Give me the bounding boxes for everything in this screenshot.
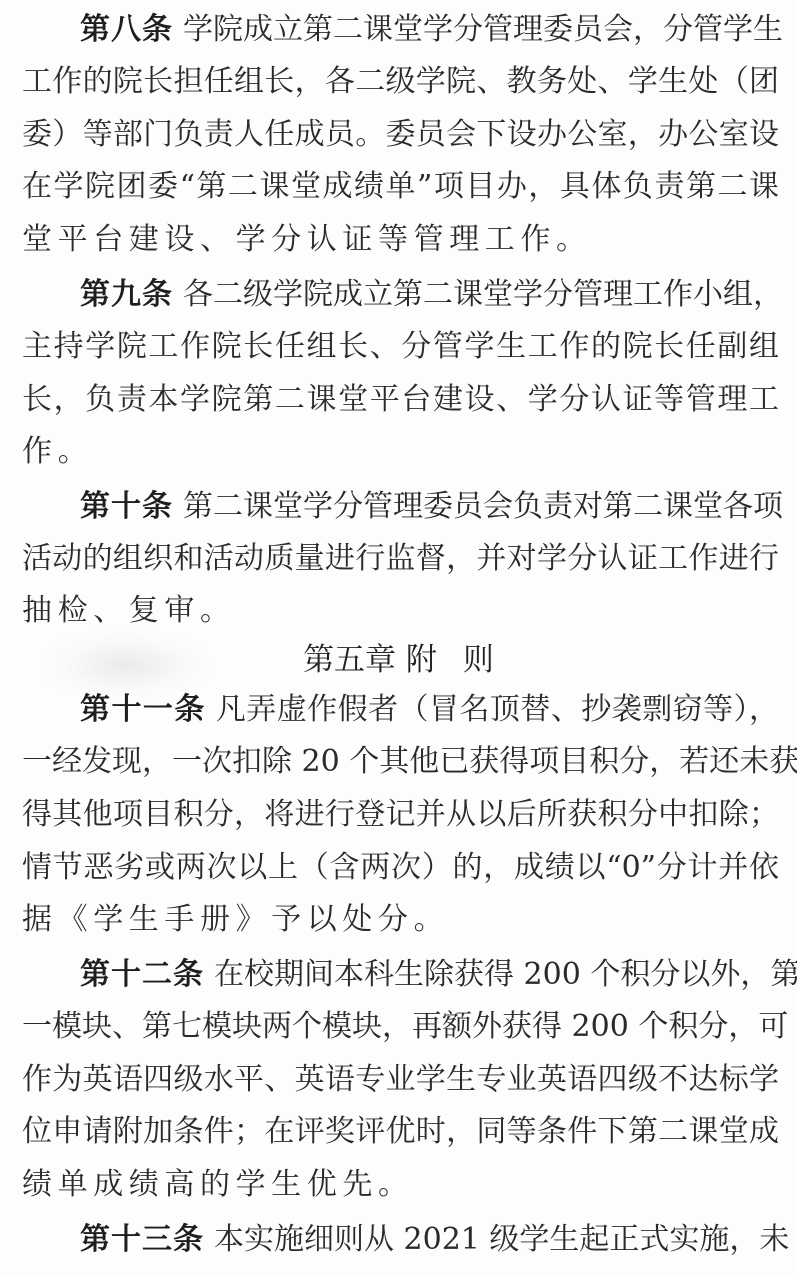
chapter-heading: 第五章 附则 [0,638,797,682]
article-12-line-4: 位申请附加条件；在评奖评优时，同等条件下第二课堂成 [22,1110,779,1154]
article-12-text: 在校期间本科生除获得 200 个积分以外，第 [214,957,797,992]
article-11-text: 凡弄虚作假者（冒名顶替、抄袭剽窃等）， [216,692,779,727]
chapter-title-part-1: 附 [406,642,437,678]
article-11-line-1: 第十一条凡弄虚作假者（冒名顶替、抄袭剽窃等）， [80,688,779,732]
article-8-line-5: 堂平台建设、学分认证等管理工作。 [22,218,779,262]
article-8-line-1: 第八条学院成立第二课堂学分管理委员会，分管学生 [80,8,779,52]
article-9-title: 第九条 [80,277,173,312]
article-8-line-2: 工作的院长担任组长，各二级学院、教务处、学生处（团 [22,60,779,104]
chapter-title-part-2: 则 [463,642,494,678]
article-10-text: 第二课堂学分管理委员会负责对第二课堂各项 [183,489,783,524]
article-13-line-1: 第十三条本实施细则从 2021 级学生起正式实施，未 [80,1218,779,1262]
document-page: 第八条学院成立第二课堂学分管理委员会，分管学生 工作的院长担任组长，各二级学院、… [0,0,797,1276]
article-11-line-3: 得其他项目积分，将进行登记并从以后所获积分中扣除； [22,793,779,837]
article-11-line-4: 情节恶劣或两次以上（含两次）的，成绩以“0”分计并依 [22,846,779,890]
article-8-text: 学院成立第二课堂学分管理委员会，分管学生 [183,12,783,47]
article-11-title: 第十一条 [80,692,206,727]
article-11-line-2: 一经发现，一次扣除 20 个其他已获得项目积分，若还未获 [22,740,779,784]
article-9-line-3: 长，负责本学院第二课堂平台建设、学分认证等管理工 [22,378,779,422]
article-10-title: 第十条 [80,489,173,524]
article-12-line-3: 作为英语四级水平、英语专业学生专业英语四级不达标学 [22,1058,779,1102]
article-11-line-5: 据《学生手册》予以处分。 [22,898,779,942]
article-9-text: 各二级学院成立第二课堂学分管理工作小组， [183,277,783,312]
article-12-line-5: 绩单成绩高的学生优先。 [22,1163,779,1207]
article-9-line-1: 第九条各二级学院成立第二课堂学分管理工作小组， [80,273,779,317]
article-12-title: 第十二条 [80,957,204,992]
article-8-line-4: 在学院团委“第二课堂成绩单”项目办，具体负责第二课 [22,165,779,209]
article-13-title: 第十三条 [80,1222,204,1257]
article-10-line-2: 活动的组织和活动质量进行监督，并对学分认证工作进行 [22,537,779,581]
article-9-line-2: 主持学院工作院长任组长、分管学生工作的院长任副组 [22,325,779,369]
chapter-number: 第五章 [303,642,396,678]
article-10-line-3: 抽检、复审。 [22,589,779,633]
article-13-text: 本实施细则从 2021 级学生起正式实施，未 [214,1222,789,1257]
article-8-line-3: 委）等部门负责人任成员。委员会下设办公室，办公室设 [22,113,779,157]
article-8-title: 第八条 [80,12,173,47]
article-10-line-1: 第十条第二课堂学分管理委员会负责对第二课堂各项 [80,485,779,529]
article-12-line-1: 第十二条在校期间本科生除获得 200 个积分以外，第 [80,953,779,997]
article-9-line-4: 作。 [22,430,779,474]
article-12-line-2: 一模块、第七模块两个模块，再额外获得 200 个积分，可 [22,1005,779,1049]
